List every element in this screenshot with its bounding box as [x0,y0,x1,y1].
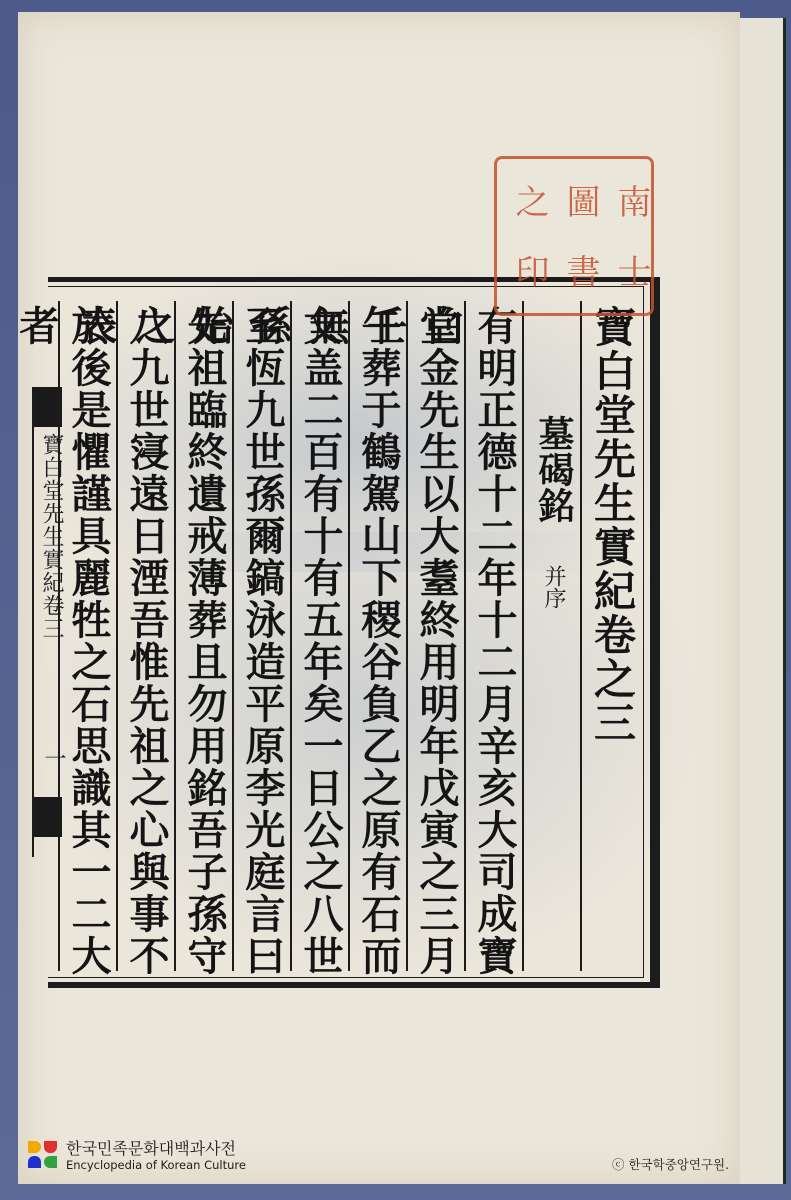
column-rule [348,301,350,971]
seal-char: 印 [505,237,554,305]
text-column-2: 堂金先生以大耋終用明年戊寅之三月壬 [410,305,462,977]
logo-segment-icon [28,1156,41,1168]
column-rule [522,301,524,971]
seal-char: 南 [607,167,656,235]
seal-char: 士 [607,237,656,305]
column-rule [290,301,292,971]
copyright-notice: ⓒ 한국학중앙연구원. [612,1155,729,1173]
logo-english-text: Encyclopedia of Korean Culture [66,1158,246,1172]
column-rule [58,301,60,971]
logo-segment-icon [28,1141,41,1153]
logo-korean-text: 한국민족문화대백과사전 [66,1140,246,1158]
volume-title: 寶白堂先生實紀卷之三 [586,305,638,745]
printed-frame: 寶白堂先生實紀卷之三 墓碣銘 并序 有明正德十二年十二月辛亥大司成寶白 堂金先生… [48,277,660,988]
seal-char: 圖 [556,167,605,235]
encyclopedia-logo[interactable]: 한국민족문화대백과사전 Encyclopedia of Korean Cultu… [28,1140,246,1172]
logo-mark-icon [28,1141,60,1171]
seal-char: 之 [505,167,554,235]
red-seal-stamp: 之 圖 南 印 書 士 [494,156,654,316]
text-column-6: 先祖臨終遺戒薄葬且勿用銘吾子孫守之 [178,305,230,977]
column-rule [232,301,234,971]
text-column-1: 有明正德十二年十二月辛亥大司成寶白 [468,305,520,977]
text-column-7: 八九世寖遠日湮吾惟先祖之心與事不表 [120,305,172,977]
column-rule [116,301,118,971]
column-rule [406,301,408,971]
text-column-8: 於後是懼謹具麗牲之石思識其一二大者 [62,305,114,977]
seal-char: 書 [556,237,605,305]
text-column-3: 午葬于鶴駕山下稷谷負乙之原有石而無 [352,305,404,977]
text-column-4: 文盖二百有十有五年矣一日公之八世孫 [294,305,346,977]
column-rule [464,301,466,971]
column-rule [580,301,582,971]
text-column-5: 至恆九世孫爾鎬泳造平原李光庭言曰始 [236,305,288,977]
book-page: 寶白堂先生實紀卷三 一 寶白堂先生實紀卷之三 墓碣銘 并序 有明正德十二年十二月… [18,12,740,1184]
logo-segment-icon [44,1156,57,1168]
frame-inner-border: 寶白堂先生實紀卷之三 墓碣銘 并序 有明正德十二年十二月辛亥大司成寶白 堂金先生… [48,286,644,978]
section-heading: 墓碣銘 [528,415,580,523]
author-note: 并序 [538,565,569,609]
logo-segment-icon [44,1141,57,1153]
column-rule [174,301,176,971]
